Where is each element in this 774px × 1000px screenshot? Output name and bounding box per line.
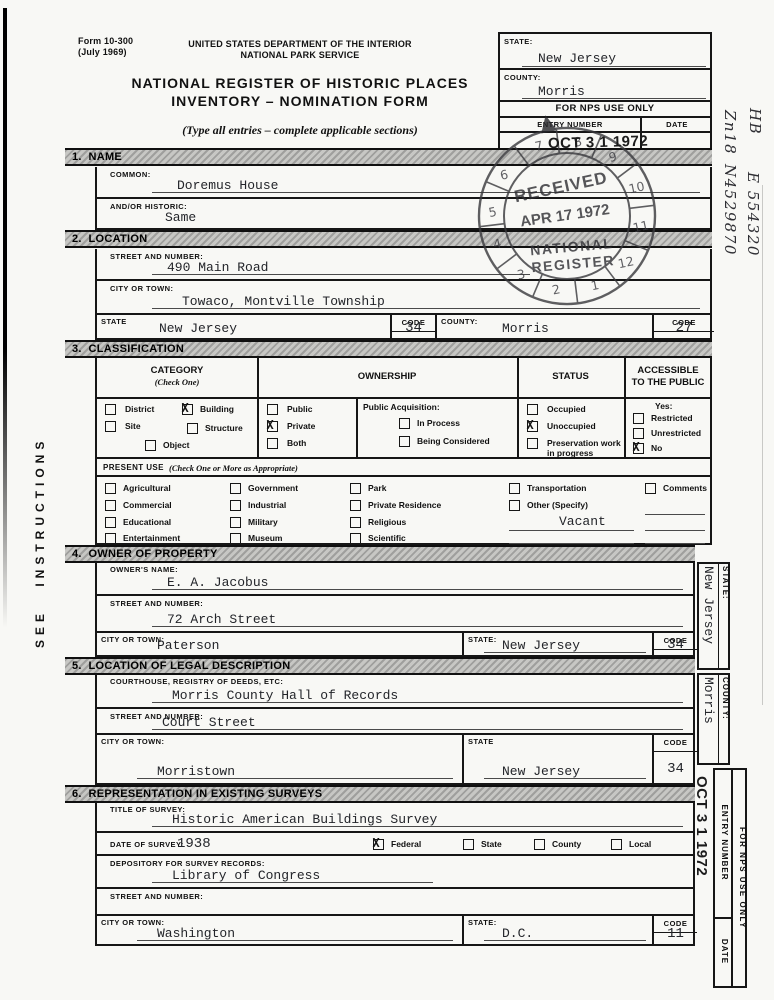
checkbox-industrial[interactable] — [230, 500, 241, 511]
legal-city-label: CITY OR TOWN: — [101, 737, 165, 746]
checkbox-local-label: Local — [629, 839, 651, 849]
stamp-pointer-icon — [538, 114, 557, 134]
stamp-num: 6 — [499, 167, 510, 183]
scan-artifact-line-right — [762, 185, 763, 705]
owner-state-cell: STATE: New Jersey — [462, 633, 652, 655]
state-value[interactable]: New Jersey — [159, 321, 237, 336]
divider — [517, 357, 519, 458]
checkbox-county[interactable] — [534, 839, 545, 850]
section-6-header: 6. REPRESENTATION IN EXISTING SURVEYS — [65, 785, 695, 803]
present-use-header-row: PRESENT USE (Check One or More as Approp… — [95, 459, 712, 477]
checkbox-structure[interactable] — [187, 423, 198, 434]
checkbox-private-residence[interactable] — [350, 500, 361, 511]
checkbox-entertainment[interactable] — [105, 533, 116, 544]
code-label: CODE — [654, 735, 697, 752]
survey-street-label: STREET AND NUMBER: — [110, 892, 203, 901]
common-label: COMMON: — [110, 170, 151, 179]
margin-note-northing: N4529870 — [721, 164, 739, 256]
section-5-header: 5. LOCATION OF LEGAL DESCRIPTION — [65, 657, 695, 675]
divider — [500, 68, 710, 70]
checkbox-both[interactable] — [267, 438, 278, 449]
checkbox-commercial-label: Commercial — [123, 500, 172, 510]
checkbox-comments[interactable] — [645, 483, 656, 494]
category-subheader: (Check One) — [97, 377, 257, 387]
owner-state-label: STATE: — [468, 635, 497, 644]
checkbox-building-label: Building — [200, 404, 234, 414]
checkbox-museum[interactable] — [230, 533, 241, 544]
checkbox-agricultural-label: Agricultural — [123, 483, 171, 493]
stamp-num: 5 — [487, 204, 498, 220]
form-title-line1: NATIONAL REGISTER OF HISTORIC PLACES — [95, 75, 505, 91]
nomination-form-page: Form 10-300 (July 1969) UNITED STATES DE… — [0, 0, 774, 1000]
see-instructions-label: SEE INSTRUCTIONS — [33, 378, 47, 648]
checkbox-agricultural[interactable] — [105, 483, 116, 494]
checkbox-local[interactable] — [611, 839, 622, 850]
stamp-num: 3 — [516, 266, 527, 282]
county-value[interactable]: Morris — [538, 84, 585, 99]
checkbox-federal-label: Federal — [391, 839, 421, 849]
checkbox-private-residence-label: Private Residence — [368, 500, 441, 510]
sidebar-entry-label: ENTRY NUMBER — [720, 770, 729, 915]
checkbox-county-label: County — [552, 839, 581, 849]
category-header: CATEGORY — [97, 365, 257, 376]
survey-state-cell: STATE: D.C. — [462, 916, 652, 944]
stamp-num: 10 — [627, 178, 646, 196]
checkbox-preservation-label: Preservation work in progress — [547, 438, 621, 459]
stamp-received-text: RECEIVED — [512, 168, 609, 206]
sidebar-county-label: COUNTY: — [721, 677, 730, 761]
legal-city-value[interactable]: Morristown — [157, 764, 235, 779]
checkbox-site-label: Site — [125, 421, 141, 431]
write-line — [522, 66, 706, 67]
legal-state-label: STATE — [468, 737, 494, 746]
present-use-body: Agricultural Commercial Educational Ente… — [95, 477, 712, 545]
checkbox-entertainment-label: Entertainment — [123, 533, 180, 543]
checkbox-unrestricted[interactable] — [633, 428, 644, 439]
section-3-header: 3. CLASSIFICATION — [65, 340, 712, 358]
survey-code-cell: CODE 11 — [652, 916, 697, 944]
survey-code-value[interactable]: 11 — [654, 926, 697, 942]
status-header: STATUS — [517, 371, 624, 382]
write-line — [522, 98, 706, 99]
common-value[interactable]: Doremus House — [177, 178, 278, 193]
sidebar-date-label: DATE — [720, 917, 729, 986]
checkbox-museum-label: Museum — [248, 533, 282, 543]
divider — [257, 357, 259, 458]
checkbox-district[interactable] — [105, 404, 116, 415]
owner-city-value[interactable]: Paterson — [157, 638, 219, 653]
field-survey-date-row: DATE OF SURVEY: 1938 X Federal State Cou… — [95, 833, 695, 856]
checkbox-both-label: Both — [287, 438, 306, 448]
stamp-num: 7 — [533, 138, 544, 154]
checkbox-other[interactable] — [509, 500, 520, 511]
checkbox-transportation[interactable] — [509, 483, 520, 494]
divider — [718, 564, 719, 668]
field-survey-city-row: CITY OR TOWN: Washington STATE: D.C. COD… — [95, 916, 695, 946]
checkbox-religious[interactable] — [350, 517, 361, 528]
present-use-note: (Check One or More as Appropriate) — [169, 463, 298, 473]
sidebar-county-value: Morris — [701, 677, 716, 761]
checkbox-government-label: Government — [248, 483, 298, 493]
checkbox-being-considered[interactable] — [399, 436, 410, 447]
city-value[interactable]: Towaco, Montville Township — [182, 294, 385, 309]
courthouse-value[interactable]: Morris County Hall of Records — [172, 688, 398, 703]
field-owner-name: OWNER'S NAME: E. A. Jacobus — [95, 562, 695, 597]
stamp-num: 1 — [590, 277, 601, 293]
checkbox-in-process-label: In Process — [417, 418, 460, 428]
checkbox-object[interactable] — [145, 440, 156, 451]
checkbox-in-process[interactable] — [399, 418, 410, 429]
stamp-num: 2 — [551, 281, 562, 297]
checkbox-restricted-label: Restricted — [651, 413, 693, 423]
historic-value[interactable]: Same — [165, 210, 196, 225]
checkbox-occupied[interactable] — [527, 404, 538, 415]
write-line — [137, 940, 453, 941]
form-note: (Type all entries – complete applicable … — [115, 123, 485, 138]
survey-state-label: STATE: — [468, 918, 497, 927]
survey-title-value[interactable]: Historic American Buildings Survey — [172, 812, 437, 827]
checkbox-state-label: State — [481, 839, 502, 849]
depository-value[interactable]: Library of Congress — [172, 868, 320, 883]
write-line — [137, 778, 453, 779]
write-line — [645, 543, 705, 544]
field-legal-street: STREET AND NUMBER: Court Street — [95, 709, 695, 735]
street-value[interactable]: 490 Main Road — [167, 260, 268, 275]
checkbox-no[interactable]: X — [633, 443, 644, 454]
sidebar-state-label: STATE: — [721, 566, 730, 666]
checkbox-unoccupied[interactable]: X — [527, 421, 538, 432]
owner-code-value[interactable]: 34 — [654, 637, 697, 653]
checkbox-educational[interactable] — [105, 517, 116, 528]
stamp-num: 9 — [607, 149, 618, 165]
stamp-num: 11 — [631, 217, 650, 235]
state-code-cell: CODE 34 — [390, 315, 435, 338]
legal-state-cell: STATE New Jersey — [462, 735, 652, 783]
checkbox-private-label: Private — [287, 421, 315, 431]
checkbox-unrestricted-label: Unrestricted — [651, 428, 701, 438]
checkbox-building[interactable]: X — [182, 404, 193, 415]
ownership-header: OWNERSHIP — [257, 371, 517, 382]
checkbox-industrial-label: Industrial — [248, 500, 286, 510]
classification-table: CATEGORY (Check One) OWNERSHIP STATUS AC… — [95, 357, 712, 460]
section-4-header: 4. OWNER OF PROPERTY — [65, 545, 695, 563]
checkbox-military[interactable] — [230, 517, 241, 528]
checkbox-district-label: District — [125, 404, 154, 414]
field-owner-city-row: CITY OR TOWN: Paterson STATE: New Jersey… — [95, 633, 695, 657]
department-line1: UNITED STATES DEPARTMENT OF THE INTERIOR — [120, 39, 480, 49]
accessible-yes-label: Yes: — [655, 401, 673, 411]
checkbox-federal[interactable]: X — [373, 839, 384, 850]
checkbox-park[interactable] — [350, 483, 361, 494]
stamp-num: 12 — [617, 253, 636, 271]
checkbox-restricted[interactable] — [633, 413, 644, 424]
date-received-stamp: OCT 3 1 1972 — [548, 133, 649, 153]
owner-name-label: OWNER'S NAME: — [110, 565, 178, 574]
legal-state-value[interactable]: New Jersey — [502, 764, 580, 779]
checkbox-no-label: No — [651, 443, 662, 453]
state-value[interactable]: New Jersey — [538, 51, 616, 66]
checkbox-scientific[interactable] — [350, 533, 361, 544]
stamp-num: 4 — [492, 235, 503, 251]
checkbox-military-label: Military — [248, 517, 278, 527]
write-line — [484, 778, 646, 779]
legal-street-value[interactable]: Court Street — [162, 715, 256, 730]
checkbox-occupied-label: Occupied — [547, 404, 586, 414]
owner-code-cell: CODE 34 — [652, 633, 697, 655]
field-survey-title: TITLE OF SURVEY: Historic American Build… — [95, 802, 695, 834]
checkbox-object-label: Object — [163, 440, 189, 450]
owner-street-label: STREET AND NUMBER: — [110, 599, 203, 608]
sidebar-date-stamp: OCT 3 1 1972 — [693, 776, 710, 896]
sidebar-nps-label: FOR NPS USE ONLY — [738, 770, 747, 986]
state-code-value[interactable]: 34 — [392, 320, 435, 336]
owner-city-label: CITY OR TOWN: — [101, 635, 165, 644]
checkbox-educational-label: Educational — [123, 517, 171, 527]
divider — [356, 397, 358, 458]
public-acquisition-label: Public Acquisition: — [363, 402, 440, 412]
field-owner-street: STREET AND NUMBER: 72 Arch Street — [95, 596, 695, 633]
survey-state-value[interactable]: D.C. — [502, 926, 533, 941]
stamp-date-text: APR 17 1972 — [519, 201, 611, 230]
courthouse-label: COURTHOUSE, REGISTRY OF DEEDS, ETC: — [110, 677, 283, 686]
divider — [718, 675, 719, 763]
checkbox-scientific-label: Scientific — [368, 533, 406, 543]
write-line — [645, 514, 705, 515]
other-specify-value[interactable]: Vacant — [559, 514, 606, 529]
margin-note-hb: HB — [746, 108, 764, 135]
checkbox-state[interactable] — [463, 839, 474, 850]
checkbox-public[interactable] — [267, 404, 278, 415]
checkbox-preservation[interactable] — [527, 438, 538, 449]
divider — [97, 397, 710, 399]
checkbox-private[interactable]: X — [267, 421, 278, 432]
divider — [624, 357, 626, 458]
survey-date-label: DATE OF SURVEY: — [110, 840, 184, 849]
field-survey-street: STREET AND NUMBER: — [95, 889, 695, 916]
department-line2: NATIONAL PARK SERVICE — [120, 50, 480, 60]
checkbox-religious-label: Religious — [368, 517, 406, 527]
owner-name-value[interactable]: E. A. Jacobus — [167, 575, 268, 590]
owner-street-value[interactable]: 72 Arch Street — [167, 612, 276, 627]
accessible-header-1: ACCESSIBLE — [624, 365, 712, 376]
write-line — [484, 652, 646, 653]
margin-note-zn18: Zn18 — [721, 110, 739, 155]
checkbox-government[interactable] — [230, 483, 241, 494]
checkbox-unoccupied-label: Unoccupied — [547, 421, 596, 431]
survey-city-value[interactable]: Washington — [157, 926, 235, 941]
field-legal-city-row: CITY OR TOWN: Morristown STATE New Jerse… — [95, 735, 695, 785]
legal-code-value[interactable]: 34 — [654, 761, 697, 777]
legal-code-cell: CODE 34 — [652, 735, 697, 783]
checkbox-structure-label: Structure — [205, 423, 243, 433]
divider — [731, 770, 733, 986]
checkbox-transportation-label: Transportation — [527, 483, 587, 493]
write-line — [484, 940, 646, 941]
state-label: STATE — [101, 317, 127, 326]
scan-artifact-line-left — [3, 8, 7, 628]
state-label: STATE: — [504, 37, 533, 46]
field-depository: DEPOSITORY FOR SURVEY RECORDS: Library o… — [95, 856, 695, 889]
county-label: COUNTY: — [504, 73, 541, 82]
form-title-line2: INVENTORY – NOMINATION FORM — [95, 93, 505, 109]
checkbox-being-considered-label: Being Considered — [417, 436, 490, 446]
write-line — [645, 530, 705, 531]
survey-date-value[interactable]: 1938 — [177, 836, 211, 852]
checkbox-commercial[interactable] — [105, 500, 116, 511]
accessible-header-2: TO THE PUBLIC — [624, 377, 712, 388]
depository-label: DEPOSITORY FOR SURVEY RECORDS: — [110, 859, 265, 868]
checkbox-other-label: Other (Specify) — [527, 500, 588, 510]
present-use-label: PRESENT USE — [103, 463, 164, 472]
survey-city-label: CITY OR TOWN: — [101, 918, 165, 927]
owner-state-value[interactable]: New Jersey — [502, 638, 580, 653]
checkbox-comments-label: Comments — [663, 483, 707, 493]
checkbox-site[interactable] — [105, 421, 116, 432]
checkbox-park-label: Park — [368, 483, 386, 493]
write-line — [509, 543, 634, 544]
city-label: CITY OR TOWN: — [110, 284, 174, 293]
write-line — [509, 530, 634, 531]
field-courthouse: COURTHOUSE, REGISTRY OF DEEDS, ETC: Morr… — [95, 674, 695, 710]
margin-note-easting: E 554320 — [744, 172, 762, 257]
sidebar-state-value: New Jersey — [701, 566, 716, 666]
checkbox-public-label: Public — [287, 404, 313, 414]
